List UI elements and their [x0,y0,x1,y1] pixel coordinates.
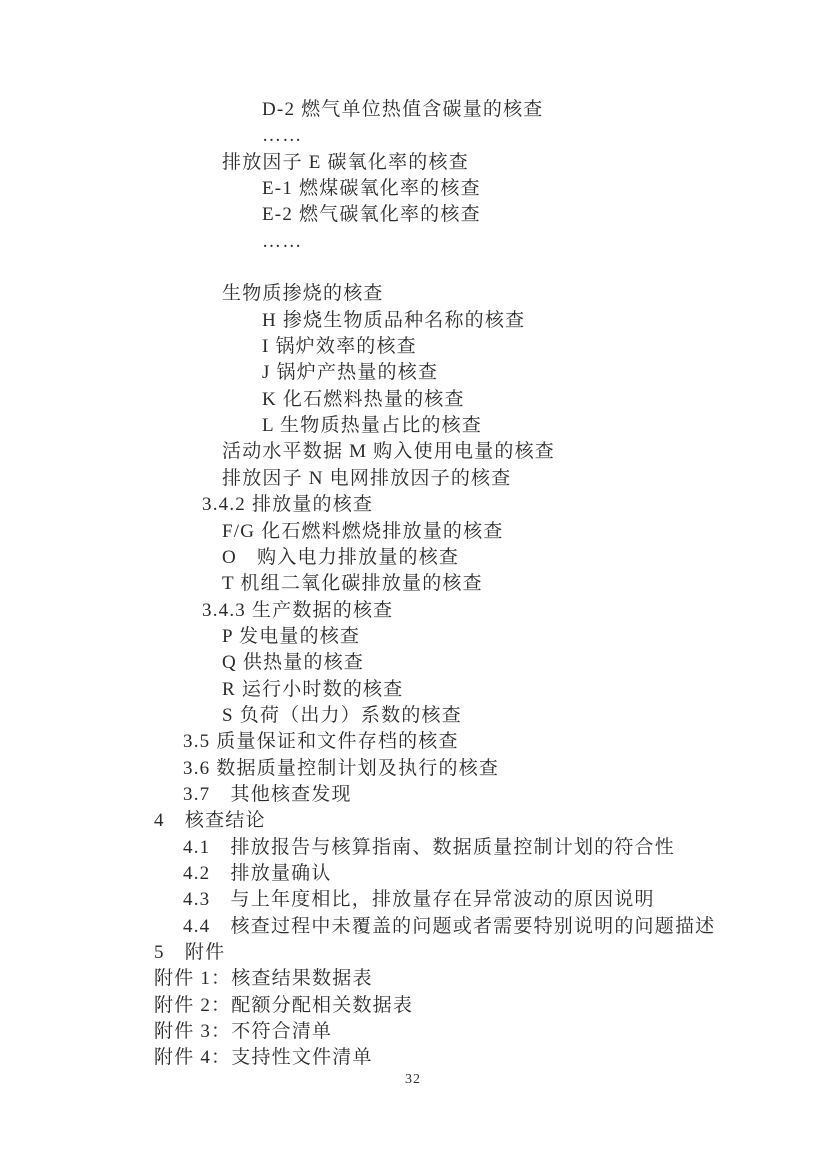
toc-line: L 生物质热量占比的核查 [262,413,796,439]
toc-line: 排放因子 N 电网排放因子的核查 [222,466,796,492]
page-number: 32 [0,1072,826,1088]
toc-line: I 锅炉效率的核查 [262,334,796,360]
toc-line: Q 供热量的核查 [222,650,796,676]
toc-line: 生物质掺烧的核查 [222,281,796,307]
toc-line: 活动水平数据 M 购入使用电量的核查 [222,439,796,465]
toc-line: S 负荷（出力）系数的核查 [222,703,796,729]
toc-line: P 发电量的核查 [222,624,796,650]
toc-line: 3.7 其他核查发现 [183,782,796,808]
toc-line: 附件 4：支持性文件清单 [154,1045,796,1071]
toc-line: O 购入电力排放量的核查 [222,545,796,571]
toc-line: …… [262,123,796,149]
toc-line: 排放因子 E 碳氧化率的核查 [222,150,796,176]
toc-line: 4.2 排放量确认 [183,861,796,887]
toc-line: 3.4.2 排放量的核查 [202,492,796,518]
toc-line: T 机组二氧化碳排放量的核查 [222,571,796,597]
toc-line: E-2 燃气碳氧化率的核查 [262,202,796,228]
toc-line: J 锅炉产热量的核查 [262,360,796,386]
toc-line: …… [262,229,796,255]
toc-line [154,255,796,281]
document-page: D-2 燃气单位热值含碳量的核查……排放因子 E 碳氧化率的核查E-1 燃煤碳氧… [0,0,826,1169]
toc-line: 4.4 核查过程中未覆盖的问题或者需要特别说明的问题描述 [183,914,796,940]
toc-line: 附件 3：不符合清单 [154,1019,796,1045]
toc-line: 4.3 与上年度相比，排放量存在异常波动的原因说明 [183,887,796,913]
toc-line: 4.1 排放报告与核算指南、数据质量控制计划的符合性 [183,835,796,861]
toc-line: R 运行小时数的核查 [222,677,796,703]
toc-line: 3.4.3 生产数据的核查 [202,598,796,624]
toc-line: K 化石燃料热量的核查 [262,387,796,413]
toc-line: 4 核查结论 [154,808,796,834]
toc-line: 3.5 质量保证和文件存档的核查 [183,729,796,755]
toc-line: F/G 化石燃料燃烧排放量的核查 [222,519,796,545]
toc-line: 附件 1：核查结果数据表 [154,966,796,992]
toc-line: E-1 燃煤碳氧化率的核查 [262,176,796,202]
toc-line: 3.6 数据质量控制计划及执行的核查 [183,756,796,782]
toc-line: 附件 2：配额分配相关数据表 [154,993,796,1019]
toc-line: D-2 燃气单位热值含碳量的核查 [262,97,796,123]
toc-line: H 掺烧生物质品种名称的核查 [262,308,796,334]
toc-line: 5 附件 [154,940,796,966]
document-lines: D-2 燃气单位热值含碳量的核查……排放因子 E 碳氧化率的核查E-1 燃煤碳氧… [154,97,796,1072]
